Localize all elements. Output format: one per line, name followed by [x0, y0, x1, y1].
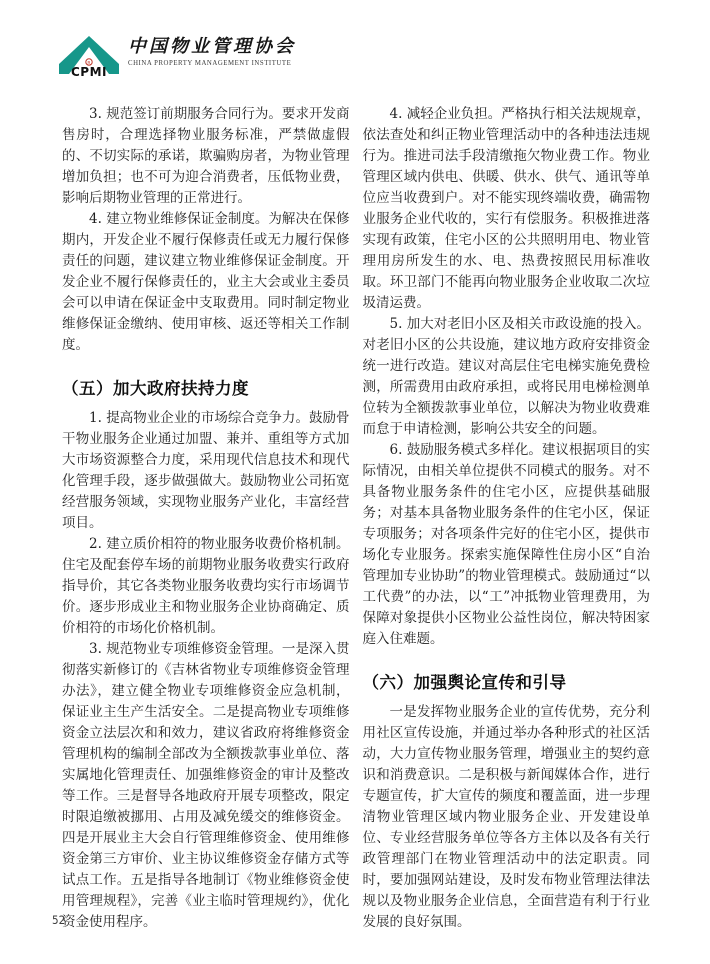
- body-paragraph: 4. 建立物业维修保证金制度。为解决在保修期内，开发企业不履行保修责任或无力履行…: [62, 209, 350, 356]
- body-paragraph: 2. 建立质价相符的物业服务收费价格机制。住宅及配套停车场的前期物业服务收费实行…: [62, 534, 350, 639]
- body-paragraph: 5. 加大对老旧小区及相关市政设施的投入。对老旧小区的公共设施，建议地方政府安排…: [363, 314, 651, 440]
- document-page: { "header": { "logo": { "acronym": "CPMI…: [0, 0, 710, 964]
- page-number: 52: [52, 913, 65, 927]
- body-paragraph: 3. 规范签订前期服务合同行为。要求开发商售房时，合理选择物业服务标准，严禁做虚…: [62, 104, 350, 209]
- document-body: 3. 规范签订前期服务合同行为。要求开发商售房时，合理选择物业服务标准，严禁做虚…: [62, 104, 650, 933]
- right-column: 4. 减轻企业负担。严格执行相关法规规章，依法查处和纠正物业管理活动中的各种违法…: [363, 104, 651, 933]
- body-paragraph: 3. 规范物业专项维修资金管理。一是深入贯彻落实新修订的《吉林省物业专项维修资金…: [62, 639, 350, 933]
- cpmi-logo-icon: R CPMI: [58, 31, 120, 79]
- left-column: 3. 规范签订前期服务合同行为。要求开发商售房时，合理选择物业服务标准，严禁做虚…: [62, 104, 350, 933]
- logo-acronym: CPMI: [71, 65, 107, 79]
- org-name-block: 中国物业管理协会 CHINA PROPERTY MANAGEMENT INSTI…: [128, 31, 296, 67]
- body-paragraph: 一是发挥物业服务企业的宣传优势，充分利用社区宣传设施，并通过举办各种形式的社区活…: [363, 702, 651, 933]
- org-name-chinese: 中国物业管理协会: [128, 37, 296, 57]
- section-heading: （五）加大政府扶持力度: [62, 378, 350, 400]
- section-heading: （六）加强舆论宣传和引导: [363, 672, 651, 694]
- org-name-english: CHINA PROPERTY MANAGEMENT INSTITUTE: [128, 60, 296, 67]
- body-paragraph: 6. 鼓励服务模式多样化。建议根据项目的实际情况，由相关单位提供不同模式的服务。…: [363, 440, 651, 650]
- body-paragraph: 1. 提高物业企业的市场综合竞争力。鼓励骨干物业服务企业通过加盟、兼并、重组等方…: [62, 408, 350, 534]
- page-header: R CPMI 中国物业管理协会 CHINA PROPERTY MANAGEMEN…: [58, 31, 296, 79]
- body-paragraph: 4. 减轻企业负担。严格执行相关法规规章，依法查处和纠正物业管理活动中的各种违法…: [363, 104, 651, 314]
